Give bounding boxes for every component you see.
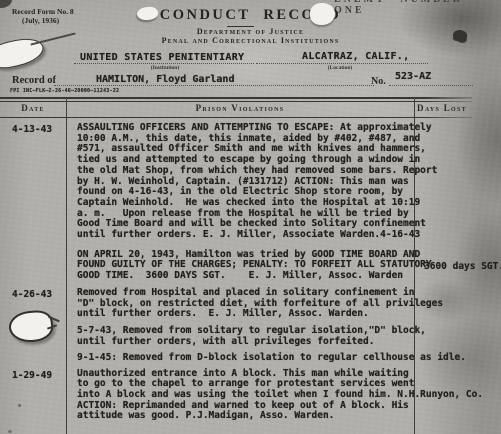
institution-rule-line — [74, 63, 254, 64]
violation-text: ASSAULTING OFFICERS AND ATTEMPTING TO ES… — [77, 123, 501, 241]
entry-date: 1-29-49 — [12, 370, 52, 381]
violation-text: 9-1-45: Removed from D-block isolation t… — [77, 353, 501, 364]
violation-entry: 4-13-43 ASSAULTING OFFICERS AND ATTEMPTI… — [0, 123, 501, 241]
institution-value: UNITED STATES PENITENTIARY — [80, 52, 244, 63]
violation-entry: 4-26-43 Removed from Hospital and placed… — [0, 288, 501, 364]
violation-entry: ON APRIL 20, 1943, Hamilton was tried by… — [0, 250, 501, 282]
number-rule-line — [389, 85, 473, 86]
violation-text: Unauthorized entrance into A block. This… — [77, 369, 501, 423]
bureau-line: Penal and Correctional Institutions — [0, 36, 501, 45]
entry-date: 4-13-43 — [12, 124, 52, 135]
column-header-days-lost: Days Lost — [408, 103, 476, 113]
inmate-number: 523-AZ — [395, 71, 431, 82]
print-code: FPI INC—FLK—2-26-46—20000—11243-22 — [10, 88, 119, 94]
location-caption: (Location) — [300, 65, 380, 71]
column-header-date: Date — [0, 103, 66, 113]
table-top-rule-thin — [0, 101, 472, 102]
violation-entry: 1-29-49 Unauthorized entrance into A blo… — [0, 369, 501, 423]
record-of-rule-line — [54, 85, 374, 86]
days-lost-value: 3600 days SGT. — [424, 261, 501, 272]
column-header-violations: Prison Violations — [66, 103, 414, 113]
violation-text: 5-7-43, Removed from solitary to regular… — [77, 326, 501, 347]
inmate-name: HAMILTON, Floyd Garland — [96, 74, 234, 85]
location-value: ALCATRAZ, CALIF., — [302, 51, 409, 62]
location-rule-line — [256, 63, 428, 64]
violation-text: Removed from Hospital and placed in soli… — [77, 288, 501, 320]
paper-speck — [18, 404, 21, 407]
institution-caption: (Institution) — [118, 65, 212, 71]
violations-table-body: 4-13-43 ASSAULTING OFFICERS AND ATTEMPTI… — [0, 123, 501, 428]
document-title: CONDUCT RECORD — [0, 7, 501, 24]
table-header-bottom-rule — [0, 117, 472, 119]
conduct-record-document: { "colors": { "paper": "#b2b0ab", "ink":… — [0, 0, 501, 434]
paper-speck — [8, 430, 12, 433]
table-top-rule-thick — [0, 97, 472, 99]
number-label: No. — [371, 76, 386, 87]
record-of-label: Record of — [12, 75, 56, 86]
entry-date: 4-26-43 — [12, 289, 52, 300]
